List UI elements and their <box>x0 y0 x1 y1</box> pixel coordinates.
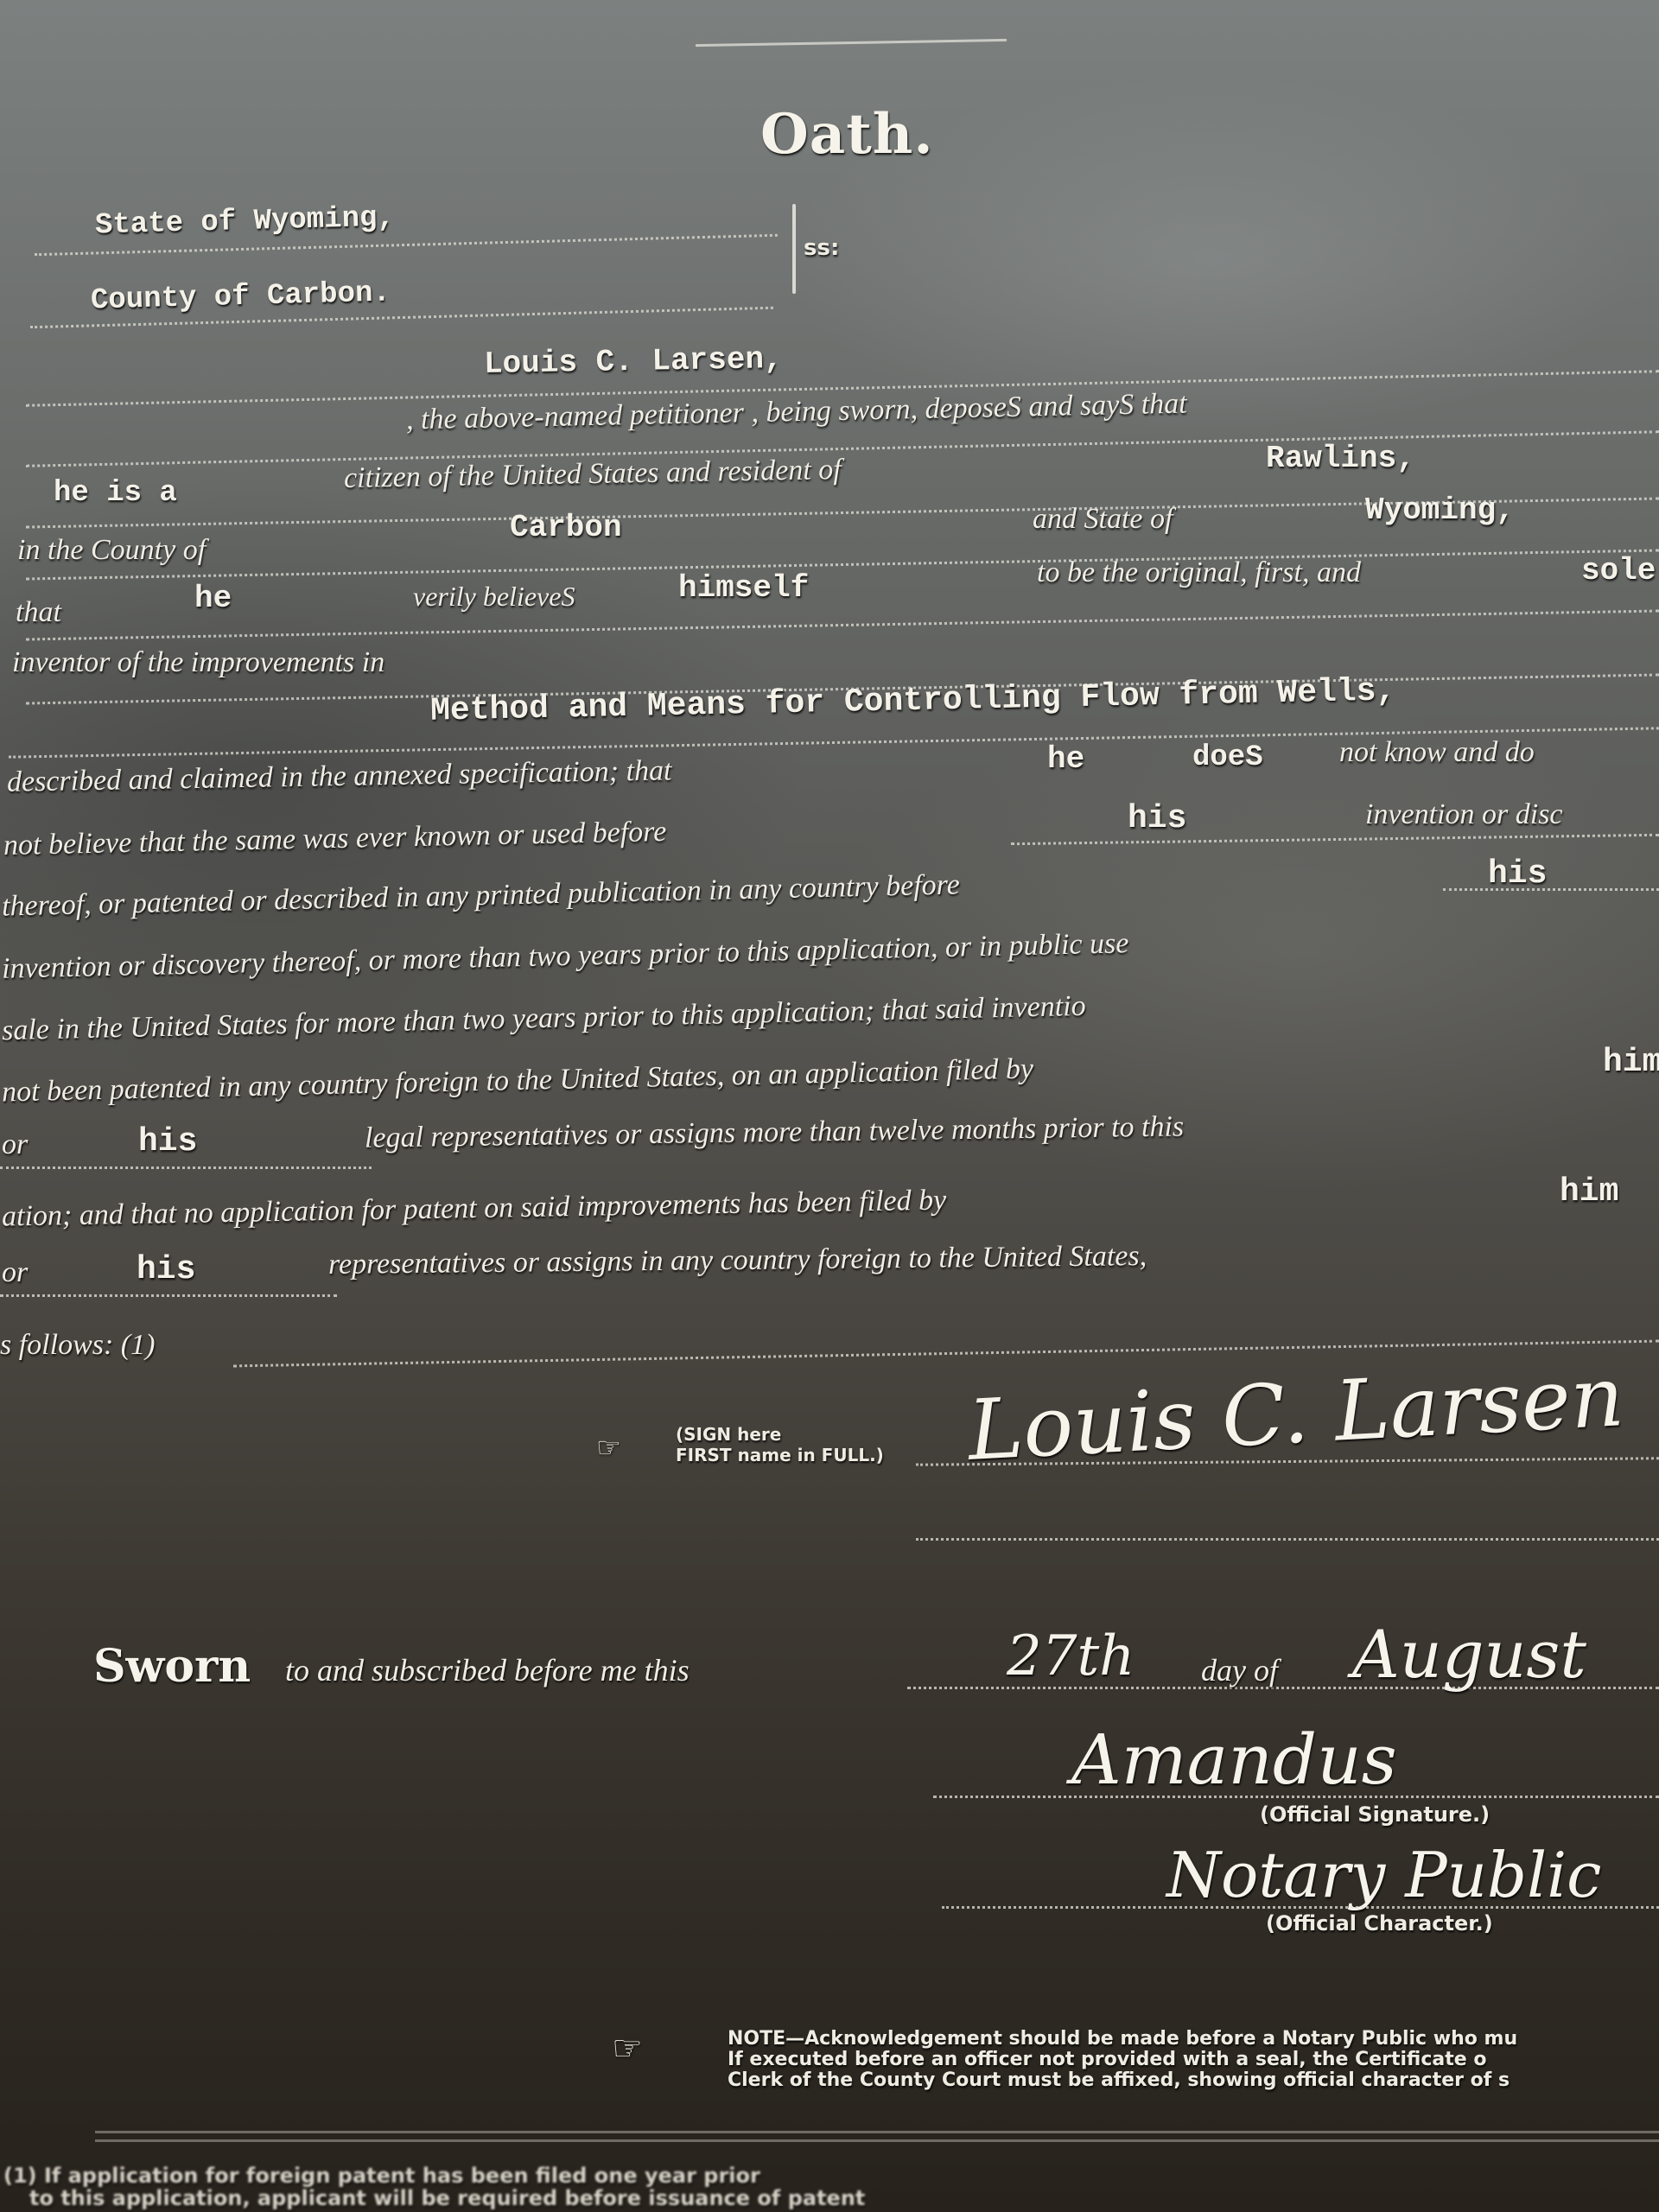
note-line-2: If executed before an officer not provid… <box>728 2050 1517 2070</box>
discovery-line: invention or discovery thereof, or more … <box>2 927 1129 986</box>
bottom-rule-2 <box>95 2139 1659 2142</box>
county-value: Carbon <box>510 510 622 545</box>
rule-9 <box>1443 888 1659 891</box>
patented-described-line: thereof, or patented or described in any… <box>2 868 960 923</box>
county-label: in the County of <box>17 534 206 567</box>
as-follows-line: s follows: (1) <box>0 1329 155 1362</box>
legal-representatives-line: legal representatives or assigns more th… <box>365 1110 1185 1154</box>
venue-bracket <box>792 204 796 294</box>
sign-here-instruction: (SIGN here FIRST name in FULL.) <box>676 1424 884 1465</box>
sworn-day: 27th <box>1007 1624 1135 1688</box>
state-value: Wyoming, <box>1365 493 1515 528</box>
venue-county: County of Carbon. <box>91 276 391 317</box>
bottom-rule-1 <box>95 2131 1659 2133</box>
sworn-word: Sworn <box>93 1640 251 1693</box>
note-line-3: Clerk of the County Court must be affixe… <box>728 2070 1517 2091</box>
rule-10 <box>0 1166 372 1169</box>
note-pointing-hand-icon: ☞ <box>612 2029 643 2069</box>
footnote: (1) If application for foreign patent ha… <box>3 2164 865 2209</box>
rule-11 <box>0 1294 337 1297</box>
rule-5 <box>26 610 1659 641</box>
top-divider <box>696 39 1007 47</box>
official-signature-line <box>933 1796 1659 1798</box>
official-character-line <box>942 1906 1659 1909</box>
he-fill-2: he <box>1047 741 1084 777</box>
residence-city: Rawlins, <box>1266 441 1415 476</box>
described-claimed-line: described and claimed in the annexed spe… <box>7 754 672 798</box>
citizen-line: citizen of the United States and residen… <box>344 454 842 495</box>
official-character: Notary Public <box>1166 1839 1601 1911</box>
or-label-2: or <box>2 1256 28 1289</box>
oath-document: Oath. State of Wyoming, County of Carbon… <box>0 0 1659 2212</box>
official-signature-label: (Official Signature.) <box>1260 1802 1490 1827</box>
he-fill-1: he <box>194 581 232 616</box>
footnote-line-1: (1) If application for foreign patent ha… <box>3 2164 865 2187</box>
sworn-month: August <box>1352 1616 1586 1693</box>
that-label: that <box>16 596 61 629</box>
rule-8 <box>1011 834 1659 845</box>
his-fill-3: his <box>138 1123 197 1160</box>
him-fill-1: him <box>1603 1044 1659 1081</box>
or-label-1: or <box>2 1128 28 1161</box>
rule-4 <box>26 550 1659 581</box>
day-of-label: day of <box>1201 1652 1278 1688</box>
invention-title: Method and Means for Controlling Flow fr… <box>430 672 1396 729</box>
acknowledgement-note: NOTE—Acknowledgement should be made befo… <box>728 2029 1517 2091</box>
no-application-line: ation; and that no application for paten… <box>2 1184 947 1233</box>
sale-line: sale in the United States for more than … <box>2 990 1086 1047</box>
affiant-name: Louis C. Larsen, <box>484 341 783 382</box>
official-signature: Amandus <box>1071 1719 1397 1800</box>
his-fill-2: his <box>1488 855 1547 893</box>
does-fill: doeS <box>1192 741 1263 774</box>
official-character-label: (Official Character.) <box>1266 1911 1493 1935</box>
representatives-assigns-line: representatives or assigns in any countr… <box>328 1240 1147 1281</box>
original-first-and: to be the original, first, and <box>1037 556 1361 589</box>
him-fill-2: him <box>1560 1173 1618 1211</box>
not-believe-line: not believe that the same was ever known… <box>3 816 667 862</box>
verily-believes: verily believeS <box>413 581 575 613</box>
sworn-text: to and subscribed before me this <box>285 1652 690 1688</box>
second-signature-line <box>916 1538 1659 1541</box>
his-fill-4: his <box>137 1251 195 1288</box>
sign-here-line2: FIRST name in FULL.) <box>676 1445 884 1465</box>
venue-ss: ss: <box>804 235 839 261</box>
venue-state: State of Wyoming, <box>95 201 396 242</box>
inventor-line: inventor of the improvements in <box>12 646 385 679</box>
footnote-line-2: to this application, applicant will be r… <box>3 2187 865 2209</box>
not-know-line: not know and do <box>1339 736 1535 769</box>
his-fill-1: his <box>1128 800 1186 837</box>
he-is-a: he is a <box>54 477 177 510</box>
note-line-1: NOTE—Acknowledgement should be made befo… <box>728 2029 1517 2050</box>
pointing-hand-icon: ☞ <box>596 1431 621 1464</box>
state-label: and State of <box>1033 503 1173 536</box>
sign-here-line1: (SIGN here <box>676 1424 884 1445</box>
sole-fill: sole <box>1581 553 1656 588</box>
not-patented-line: not been patented in any country foreign… <box>2 1052 1034 1109</box>
document-title: Oath. <box>760 102 934 167</box>
himself-fill: himself <box>678 570 809 606</box>
invention-or-disc: invention or disc <box>1365 798 1563 831</box>
